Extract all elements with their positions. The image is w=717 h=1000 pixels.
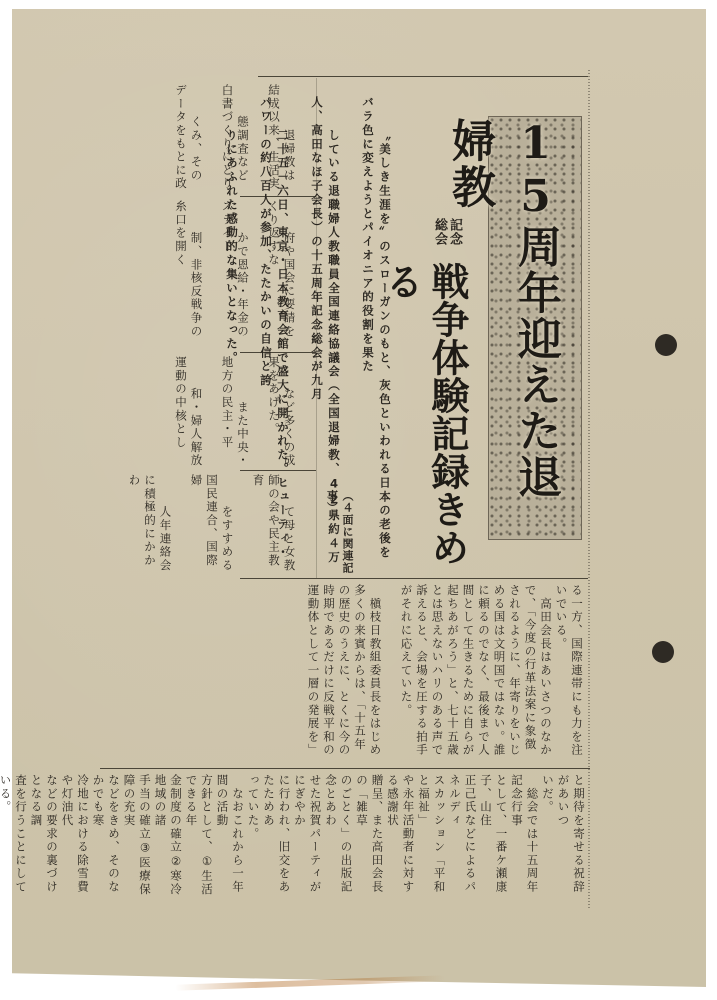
body-tier-2: 府や国会に要請をくり返すな かで恩給・年金のスライド 制、非核反戦争の糸口を開く bbox=[252, 200, 312, 350]
body-column: 態調査など白書づくりにとり bbox=[221, 84, 251, 190]
body-column: 正己氏などによるパネルディ bbox=[448, 774, 478, 894]
body-column: 訴えると、会場を圧する拍手 bbox=[415, 584, 429, 757]
body-column: 総会では十五周年記念行事 bbox=[510, 774, 540, 894]
body-column: 方針として、①生活できる年 bbox=[185, 774, 215, 896]
body-tier-1: 退婦教は結成以来、生活実 態調査など白書づくりにとり くみ、そのデータをもとに政 bbox=[252, 84, 312, 194]
body-column: 退婦教は結成以来、生活実 bbox=[267, 84, 297, 190]
body-column: の歴史のうえに、とくに今の bbox=[338, 584, 352, 757]
body-column: いでいる。 bbox=[555, 584, 569, 651]
subheadline-kicker: 記念 総会 bbox=[432, 218, 462, 258]
bottom-body-text: と期待を寄せる祝辞があいついだ。 総会では十五周年記念行事として、一番ケ瀬康子、… bbox=[106, 774, 586, 904]
middle-body-text: る一方、国際連帯にも力を注いでいる。 高田会長はあいさつのなかで、「今度の行革法… bbox=[244, 584, 584, 760]
kicker-line-2: 総会 bbox=[432, 218, 447, 246]
body-column: 槇枝日教組委員長をはじめ bbox=[369, 584, 383, 757]
body-column: 府や国会に要請をくり返すな bbox=[267, 200, 297, 338]
body-column: 時期であるだけに反戦平和の bbox=[322, 584, 336, 757]
body-column: いだ。 bbox=[541, 774, 555, 814]
body-column: として、一番ケ瀬康子、山住 bbox=[479, 774, 509, 894]
kicker-line-1: 記念 bbox=[447, 218, 462, 246]
lead-column: 〝美しき生涯を〟のスローガンのもと、灰色といわれる日本の老後をバラ色に変えようと… bbox=[361, 96, 392, 560]
body-column: と期待を寄せる祝辞があいつ bbox=[557, 774, 587, 894]
body-column: で、「今度の行革法案に象徴 bbox=[524, 584, 538, 751]
related-article-reference: （４面に関連記事） bbox=[324, 490, 355, 580]
binder-hole-top bbox=[655, 334, 677, 356]
body-column: なおこれから一年間の活動 bbox=[216, 774, 246, 894]
body-column: くみ、そのデータをもとに政 bbox=[174, 84, 204, 190]
top-rule bbox=[258, 76, 588, 77]
body-column: とは思えないハリのある声で bbox=[431, 584, 445, 757]
body-column: 金制度の確立②寒冷地域の諸 bbox=[154, 774, 184, 896]
body-column: 手当の確立③医療保障の充実 bbox=[123, 774, 153, 896]
body-column: がそれに応えていた。 bbox=[400, 584, 414, 717]
body-column: て母と女教師の会や民主教育 bbox=[252, 474, 297, 572]
middle-band-rule bbox=[240, 578, 588, 579]
body-column: など多くの成果をあげた。 bbox=[267, 356, 297, 467]
body-column: に行われ、旧交をあたためあ bbox=[262, 774, 292, 894]
body-column: されるように、年寄りをいじ bbox=[508, 584, 522, 757]
body-column: 間として生きるために自らが bbox=[462, 584, 476, 757]
body-column: める国は文明国ではない。誰 bbox=[493, 584, 507, 757]
body-column: る一方、国際連帯にも力を注 bbox=[570, 584, 584, 757]
body-column: 贈呈、また高田会長の「雑草 bbox=[355, 774, 385, 894]
bottom-band-rule bbox=[100, 768, 590, 769]
body-tier-4: て母と女教師の会や民主教育 をすすめる国民連合、国際婦 人年連絡会に積極的にかか… bbox=[252, 474, 312, 574]
body-column: っていた。 bbox=[247, 774, 261, 841]
binder-hole-bottom bbox=[652, 641, 674, 663]
body-column: 査を行うことにしている。 bbox=[0, 774, 28, 894]
body-column: 多くの来賓からは、「十五年 bbox=[353, 584, 367, 751]
body-column: スカッション「平和と福祉」 bbox=[417, 774, 447, 894]
headline: 15周年迎えた退婦教 bbox=[500, 118, 568, 538]
body-tier-3: など多くの成果をあげた。 また中央・地方の民主・平 和・婦人解放運動の中核とし bbox=[252, 356, 312, 468]
body-column: 高田会長はあいさつのなか bbox=[539, 584, 553, 757]
body-column: 起ちあがろう」と、七十五歳 bbox=[446, 584, 460, 757]
body-column: のごとく」の出版記念とあわ bbox=[324, 774, 354, 894]
body-column: 運動体として一層の発展を」 bbox=[307, 584, 321, 757]
body-column: せた祝賀パーティがにぎやか bbox=[293, 774, 323, 894]
subheadline: 戦争体験記録きめる bbox=[422, 262, 470, 582]
body-column: や永年活動者に対する感謝状 bbox=[386, 774, 416, 894]
body-column: に頼るのでなく、最後まで人 bbox=[477, 584, 491, 757]
